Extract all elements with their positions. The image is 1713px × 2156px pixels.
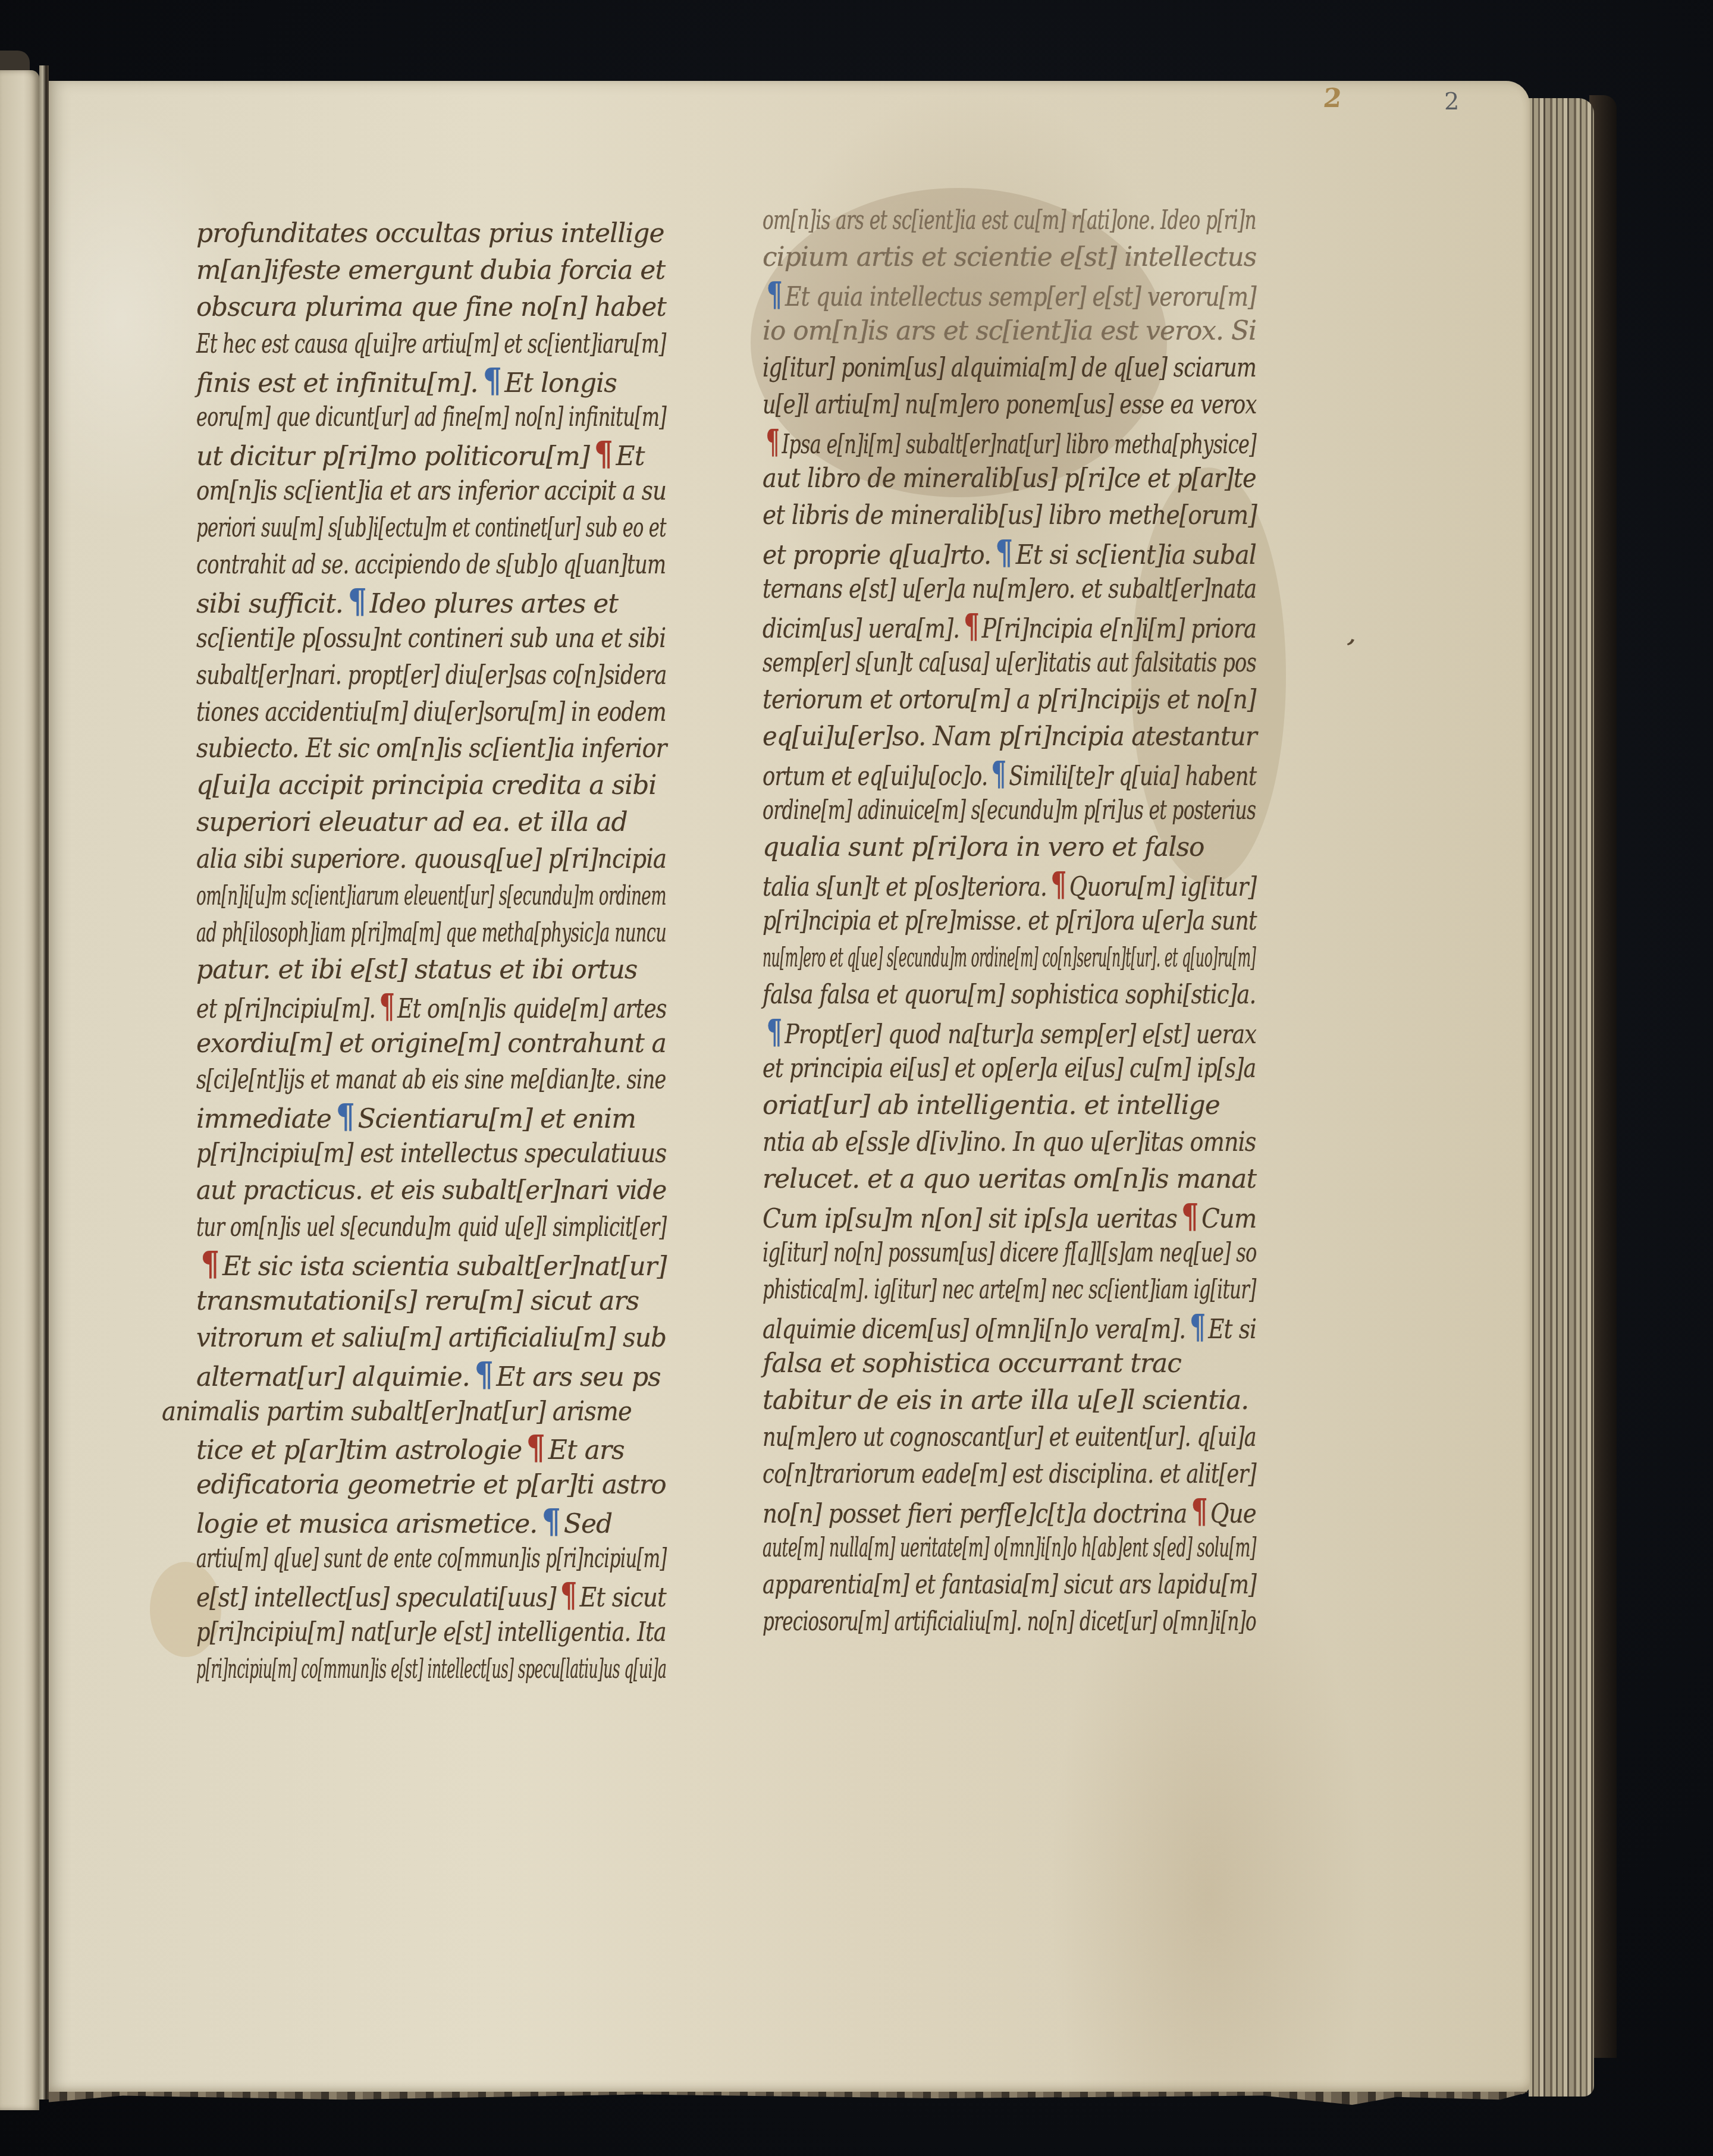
text-line: tur om[n]is uel s[ecundu]m quid u[e]l si… [196, 1209, 542, 1246]
red-paragraph-mark-icon: ¶ [1181, 1198, 1199, 1235]
book-gutter [39, 65, 49, 2099]
text-line: subiecto. Et sic om[n]is sc[ient]ia infe… [196, 730, 618, 767]
line-text: periori suu[m] s[ub]i[ectu]m et continet… [196, 513, 666, 543]
line-text: exordiu[m] et origine[m] contrahunt a [196, 1028, 666, 1059]
line-text: tice et p[ar]tim astrologie [196, 1435, 522, 1465]
red-paragraph-mark-icon: ¶ [560, 1577, 577, 1614]
line-text: falsa et sophistica occurrant trac [763, 1348, 1181, 1379]
right-text-column: om[n]is ars et sc[ient]ia est cu[m] r[at… [763, 202, 1256, 1640]
text-line: e[st] intellect[us] speculati[uus]¶Et si… [196, 1577, 616, 1614]
line-text: artiu[m] q[ue] sunt de ente co[mmun]is p… [196, 1543, 666, 1574]
text-line: aut practicus. et eis subalt[er]nari vid… [196, 1172, 644, 1209]
line-text: p[ri]ncipia et p[re]misse. et p[ri]ora u… [763, 906, 1257, 936]
text-line: et principia ei[us] et op[er]a ei[us] cu… [763, 1050, 1171, 1087]
text-line: sc[ienti]e p[ossu]nt contineri sub una e… [196, 620, 591, 657]
line-text: p[ri]ncipiu[m] est intellectus speculati… [196, 1138, 666, 1169]
line-text-after-mark: Et quia intellectus semp[er] e[st] veror… [785, 282, 1256, 312]
line-text: subiecto. Et sic om[n]is sc[ient]ia infe… [196, 733, 666, 764]
line-text: u[e]l artiu[m] nu[m]ero ponem[us] esse e… [763, 390, 1257, 420]
line-text: ternans e[st] u[er]a nu[m]ero. et subalt… [763, 574, 1256, 604]
line-text-after-mark: Que [1210, 1499, 1256, 1529]
text-line: ¶Ipsa e[n]i[m] subalt[er]nat[ur] libro m… [763, 423, 1121, 460]
text-line: p[ri]ncipiu[m] co[mmun]is e[st] intellec… [196, 1651, 463, 1688]
blue-paragraph-mark-icon: ¶ [482, 363, 501, 400]
text-line: ternans e[st] u[er]a nu[m]ero. et subalt… [763, 571, 1169, 608]
line-text: nu[m]ero et q[ue] s[ecundu]m ordine[m] c… [763, 943, 1256, 973]
text-line: talia s[un]t et p[os]teriora.¶Quoru[m] i… [763, 866, 1181, 903]
text-line: profunditates occultas prius intellige [196, 215, 666, 252]
text-line: et proprie q[ua]rto.¶Et si sc[ient]ia su… [763, 534, 1223, 571]
text-line: Et hec est causa q[ui]re artiu[m] et sc[… [196, 326, 539, 363]
text-line: obscura plurima que fine no[n] habet [196, 289, 663, 326]
line-text: om[n]i[u]m sc[ient]iarum eleuent[ur] s[e… [196, 881, 666, 911]
text-line: nu[m]ero ut cognoscant[ur] et euitent[ur… [763, 1419, 1156, 1456]
text-line: teriorum et ortoru[m] a p[ri]ncipijs et … [763, 682, 1204, 718]
line-text-after-mark: Et si sc[ient]ia subal [1016, 540, 1256, 570]
line-text: dicim[us] uera[m]. [763, 614, 959, 644]
line-text: cipium artis et scientie e[st] intellect… [763, 242, 1256, 272]
red-paragraph-mark-icon: ¶ [1051, 866, 1066, 903]
line-text: p[ri]ncipiu[m] co[mmun]is e[st] intellec… [196, 1654, 666, 1684]
line-text: co[n]trariorum eade[m] est disciplina. e… [763, 1459, 1256, 1489]
line-text: Cum ip[su]m n[on] sit ip[s]a ueritas [763, 1204, 1177, 1234]
line-text: contrahit ad se. accipiendo de s[ub]o q[… [196, 550, 666, 580]
text-line: exordiu[m] et origine[m] contrahunt a [196, 1025, 652, 1062]
text-line: logie et musica arismetice.¶Sed [196, 1504, 666, 1540]
text-line: superiori eleuatur ad ea. et illa ad [196, 804, 666, 841]
text-line: tabitur de eis in arte illa u[e]l scient… [763, 1382, 1256, 1419]
text-line: alia sibi superiore. quousq[ue] p[ri]nci… [196, 841, 616, 878]
line-text: semp[er] s[un]t ca[usa] u[er]itatis aut … [763, 648, 1256, 678]
blue-paragraph-mark-icon: ¶ [1190, 1308, 1205, 1345]
blue-paragraph-mark-icon: ¶ [542, 1504, 560, 1540]
line-text: phistica[m]. ig[itur] nec arte[m] nec sc… [763, 1275, 1256, 1305]
line-text: alia sibi superiore. quousq[ue] p[ri]nci… [196, 844, 666, 874]
line-text: et principia ei[us] et op[er]a ei[us] cu… [763, 1053, 1256, 1084]
text-line: ut dicitur p[ri]mo politicoru[m]¶Et [196, 436, 666, 473]
blue-paragraph-mark-icon: ¶ [335, 1099, 354, 1135]
text-line: tiones accidentiu[m] diu[er]soru[m] in e… [196, 694, 578, 731]
red-paragraph-mark-icon: ¶ [766, 423, 780, 460]
text-line: immediate¶Scientiaru[m] et enim [196, 1099, 666, 1135]
line-text: alternat[ur] alquimie. [196, 1362, 470, 1392]
line-text: animalis partim subalt[er]nat[ur] arisme [162, 1396, 632, 1427]
text-line: ¶Et sic ista scientia subalt[er]nat[ur] [196, 1246, 659, 1283]
line-text: et proprie q[ua]rto. [763, 540, 991, 570]
line-text-after-mark: Et ars seu ps [496, 1362, 660, 1392]
text-line: finis est et infinitu[m].¶Et longis [196, 363, 666, 400]
line-text: superiori eleuatur ad ea. et illa ad [196, 807, 628, 837]
line-text: no[n] posset fieri perf[e]c[t]a doctrina [763, 1499, 1187, 1529]
text-line: aut libro de mineralib[us] p[ri]ce et p[… [763, 460, 1211, 497]
line-text: s[ci]e[nt]ijs et manat ab eis sine me[di… [196, 1065, 666, 1095]
red-paragraph-mark-icon: ¶ [201, 1246, 219, 1283]
line-text: ig[itur] ponim[us] alquimia[m] de q[ue] … [763, 353, 1256, 383]
text-line: ad ph[ilosoph]iam p[ri]ma[m] que metha[p… [196, 915, 503, 952]
text-line: transmutationi[s] reru[m] sicut ars [196, 1283, 666, 1320]
text-line: p[ri]ncipiu[m] est intellectus speculati… [196, 1135, 613, 1172]
line-text-after-mark: Propt[er] quod na[tur]a semp[er] e[st] u… [785, 1019, 1256, 1050]
line-text: ad ph[ilosoph]iam p[ri]ma[m] que metha[p… [196, 918, 666, 948]
line-text: sc[ienti]e p[ossu]nt contineri sub una e… [196, 623, 666, 654]
line-text: Et hec est causa q[ui]re artiu[m] et sc[… [196, 329, 666, 359]
line-text: oriat[ur] ab intelligentia. et intellige [763, 1090, 1220, 1121]
text-line: subalt[er]nari. propt[er] diu[er]sas co[… [196, 657, 570, 694]
line-text: aut libro de mineralib[us] p[ri]ce et p[… [763, 463, 1256, 494]
fore-edge-page-stack [1529, 98, 1594, 2097]
line-text: vitrorum et saliu[m] artificialiu[m] sub [196, 1323, 666, 1353]
line-text: eq[ui]u[er]so. Nam p[ri]ncipia atestantu… [763, 721, 1257, 752]
line-text: m[an]ifeste emergunt dubia forcia et [196, 255, 665, 285]
line-text: ordine[m] adinuice[m] s[ecundu]m p[ri]us… [763, 795, 1256, 826]
red-paragraph-mark-icon: ¶ [379, 988, 394, 1025]
line-text: obscura plurima que fine no[n] habet [196, 292, 666, 322]
line-text-after-mark: Et om[n]is quide[m] artes [397, 994, 667, 1024]
blue-paragraph-mark-icon: ¶ [767, 276, 783, 313]
line-text-after-mark: Ipsa e[n]i[m] subalt[er]nat[ur] libro me… [782, 429, 1256, 460]
line-text: qualia sunt p[ri]ora in vero et falso [763, 832, 1204, 862]
line-text-after-mark: Et sic ista scientia subalt[er]nat[ur] [222, 1251, 666, 1282]
red-paragraph-mark-icon: ¶ [1191, 1493, 1207, 1530]
line-text: falsa falsa et quoru[m] sophistica sophi… [763, 980, 1256, 1010]
text-line: ig[itur] ponim[us] alquimia[m] de q[ue] … [763, 350, 1163, 387]
line-text: patur. et ibi e[st] status et ibi ortus [196, 955, 637, 985]
line-text: edificatoria geometrie et p[ar]ti astro [196, 1470, 666, 1500]
red-paragraph-mark-icon: ¶ [594, 436, 613, 473]
line-text-after-mark: P[ri]ncipia e[n]i[m] priora [981, 614, 1256, 644]
line-text: tabitur de eis in arte illa u[e]l scient… [763, 1385, 1248, 1416]
text-line: s[ci]e[nt]ijs et manat ab eis sine me[di… [196, 1062, 553, 1099]
text-line: eq[ui]u[er]so. Nam p[ri]ncipia atestantu… [763, 718, 1231, 755]
text-line: aute[m] nulla[m] ueritate[m] o[mn]i[n]o … [763, 1530, 1069, 1567]
line-text: p[ri]ncipiu[m] nat[ur]e e[st] intelligen… [196, 1617, 666, 1647]
text-line: u[e]l artiu[m] nu[m]ero ponem[us] esse e… [763, 387, 1157, 423]
line-text: logie et musica arismetice. [196, 1509, 537, 1539]
line-text: sibi sufficit. [196, 589, 343, 619]
line-text: ortum et eq[ui]u[oc]o. [763, 761, 987, 792]
text-line: contrahit ad se. accipiendo de s[ub]o q[… [196, 547, 558, 583]
blue-paragraph-mark-icon: ¶ [995, 534, 1012, 571]
text-line: p[ri]ncipiu[m] nat[ur]e e[st] intelligen… [196, 1614, 589, 1651]
text-line: qualia sunt p[ri]ora in vero et falso [763, 829, 1256, 866]
left-text-column: profunditates occultas prius intelligem[… [196, 215, 666, 1688]
line-text: apparentia[m] et fantasia[m] sicut ars l… [763, 1570, 1256, 1600]
line-text: ig[itur] no[n] possum[us] dicere f[a]l[s… [763, 1238, 1257, 1268]
text-line: vitrorum et saliu[m] artificialiu[m] sub [196, 1320, 648, 1357]
text-line: ig[itur] no[n] possum[us] dicere f[a]l[s… [763, 1235, 1124, 1272]
blue-paragraph-mark-icon: ¶ [766, 1013, 782, 1050]
blue-paragraph-mark-icon: ¶ [348, 583, 366, 620]
line-text: transmutationi[s] reru[m] sicut ars [196, 1286, 639, 1316]
text-line: tice et p[ar]tim astrologie¶Et ars [196, 1430, 666, 1467]
line-text: et p[ri]ncipiu[m]. [196, 994, 375, 1024]
text-line: alternat[ur] alquimie.¶Et ars seu ps [196, 1357, 666, 1394]
line-text-after-mark: Et longis [504, 368, 617, 398]
text-line: sibi sufficit.¶Ideo plures artes et [196, 583, 666, 620]
text-line: ¶Propt[er] quod na[tur]a semp[er] e[st] … [763, 1013, 1174, 1050]
line-text: talia s[un]t et p[os]teriora. [763, 872, 1047, 902]
line-text: ut dicitur p[ri]mo politicoru[m] [196, 441, 589, 472]
line-text: tiones accidentiu[m] diu[er]soru[m] in e… [196, 697, 666, 727]
text-line: semp[er] s[un]t ca[usa] u[er]itatis aut … [763, 645, 1140, 682]
line-text: e[st] intellect[us] speculati[uus] [196, 1583, 556, 1613]
line-text: io om[n]is ars et sc[ient]ia est verox. … [763, 316, 1256, 346]
line-text-after-mark: Et ars [548, 1435, 625, 1465]
line-text-after-mark: Cum [1201, 1204, 1256, 1234]
text-line: om[n]is sc[ient]ia et ars inferior accip… [196, 473, 594, 510]
text-line: ntia ab e[ss]e d[iv]ino. In quo u[er]ita… [763, 1124, 1190, 1161]
previous-leaf-edge [0, 70, 39, 2110]
text-line: artiu[m] q[ue] sunt de ente co[mmun]is p… [196, 1540, 518, 1577]
text-line: ¶Et quia intellectus semp[er] e[st] vero… [763, 276, 1182, 313]
line-text: ntia ab e[ss]e d[iv]ino. In quo u[er]ita… [763, 1127, 1256, 1157]
text-line: relucet. et a quo ueritas om[n]is manat [763, 1161, 1254, 1198]
text-line: cipium artis et scientie e[st] intellect… [763, 239, 1255, 276]
line-text: profunditates occultas prius intellige [196, 218, 664, 249]
line-text: finis est et infinitu[m]. [196, 368, 478, 398]
line-text: om[n]is ars et sc[ient]ia est cu[m] r[at… [763, 205, 1256, 236]
line-text-after-mark: Simili[te]r q[uia] habent [1009, 761, 1256, 792]
text-line: Cum ip[su]m n[on] sit ip[s]a ueritas¶Cum [763, 1198, 1215, 1235]
text-line: co[n]trariorum eade[m] est disciplina. e… [763, 1456, 1162, 1493]
folio-number-ink: 2 [1322, 83, 1343, 114]
line-text: tur om[n]is uel s[ecundu]m quid u[e]l si… [196, 1212, 666, 1242]
text-line: falsa falsa et quoru[m] sophistica sophi… [763, 977, 1179, 1013]
text-line: q[ui]a accipit principia credita a sibi [196, 767, 666, 804]
line-text-after-mark: Et sicut [580, 1583, 666, 1613]
text-line: ordine[m] adinuice[m] s[ecundu]m p[ri]us… [763, 792, 1114, 829]
text-line: io om[n]is ars et sc[ient]ia est verox. … [763, 313, 1254, 350]
line-text: eoru[m] que dicunt[ur] ad fine[m] no[n] … [196, 402, 666, 432]
text-line: dicim[us] uera[m].¶P[ri]ncipia e[n]i[m] … [763, 608, 1176, 645]
line-text-after-mark: Quoru[m] ig[itur] [1069, 872, 1256, 902]
line-text-after-mark: Ideo plures artes et [369, 589, 618, 619]
text-line: nu[m]ero et q[ue] s[ecundu]m ordine[m] c… [763, 940, 1026, 977]
text-line: edificatoria geometrie et p[ar]ti astro [196, 1467, 661, 1504]
text-line: p[ri]ncipia et p[re]misse. et p[ri]ora u… [763, 903, 1169, 940]
text-line: eoru[m] que dicunt[ur] ad fine[m] no[n] … [196, 399, 538, 436]
line-text-after-mark: Et si [1208, 1314, 1256, 1345]
line-text-after-mark: Scientiaru[m] et enim [357, 1104, 636, 1134]
text-line: om[n]i[u]m sc[ient]iarum eleuent[ur] s[e… [196, 878, 494, 915]
text-line: periori suu[m] s[ub]i[ectu]m et continet… [196, 510, 523, 547]
line-text: nu[m]ero ut cognoscant[ur] et euitent[ur… [763, 1422, 1256, 1452]
line-text-after-mark: Et [616, 441, 645, 472]
text-line: apparentia[m] et fantasia[m] sicut ars l… [763, 1567, 1160, 1603]
line-text: et libris de mineralib[us] libro methe[o… [763, 500, 1257, 531]
line-text: om[n]is sc[ient]ia et ars inferior accip… [196, 476, 666, 506]
line-text: aut practicus. et eis subalt[er]nari vid… [196, 1175, 666, 1206]
line-text-after-mark: Sed [564, 1509, 612, 1539]
text-line: et libris de mineralib[us] libro methe[o… [763, 497, 1203, 534]
line-text: relucet. et a quo ueritas om[n]is manat [763, 1164, 1256, 1194]
line-text: alquimie dicem[us] o[mn]i[n]o vera[m]. [763, 1314, 1185, 1345]
text-line: alquimie dicem[us] o[mn]i[n]o vera[m].¶E… [763, 1308, 1181, 1345]
red-paragraph-mark-icon: ¶ [964, 608, 979, 645]
text-line: phistica[m]. ig[itur] nec arte[m] nec sc… [763, 1272, 1109, 1308]
line-text: q[ui]a accipit principia credita a sibi [196, 770, 656, 801]
text-line: et p[ri]ncipiu[m].¶Et om[n]is quide[m] a… [196, 988, 584, 1025]
blue-paragraph-mark-icon: ¶ [992, 755, 1006, 792]
text-line: patur. et ibi e[st] status et ibi ortus [196, 952, 666, 988]
text-line: no[n] posset fieri perf[e]c[t]a doctrina… [763, 1493, 1197, 1530]
text-line: falsa et sophistica occurrant trac [763, 1345, 1256, 1382]
text-line: m[an]ifeste emergunt dubia forcia et [196, 252, 666, 289]
text-line: animalis partim subalt[er]nat[ur] arisme [162, 1394, 623, 1430]
line-text: aute[m] nulla[m] ueritate[m] o[mn]i[n]o … [763, 1533, 1256, 1563]
text-line: oriat[ur] ab intelligentia. et intellige [763, 1087, 1256, 1124]
text-line: ortum et eq[ui]u[oc]o.¶Simili[te]r q[uia… [763, 755, 1160, 792]
line-text: immediate [196, 1104, 331, 1134]
red-paragraph-mark-icon: ¶ [526, 1430, 545, 1467]
line-text: preciosoru[m] artificialiu[m]. no[n] dic… [763, 1606, 1256, 1637]
text-line: preciosoru[m] artificialiu[m]. no[n] dic… [763, 1603, 1109, 1640]
line-text: teriorum et ortoru[m] a p[ri]ncipijs et … [763, 685, 1256, 715]
text-line: om[n]is ars et sc[ient]ia est cu[m] r[at… [763, 202, 1112, 239]
line-text: subalt[er]nari. propt[er] diu[er]sas co[… [196, 660, 667, 691]
folio-number-pencil: 2 [1444, 88, 1459, 115]
blue-paragraph-mark-icon: ¶ [474, 1357, 492, 1394]
